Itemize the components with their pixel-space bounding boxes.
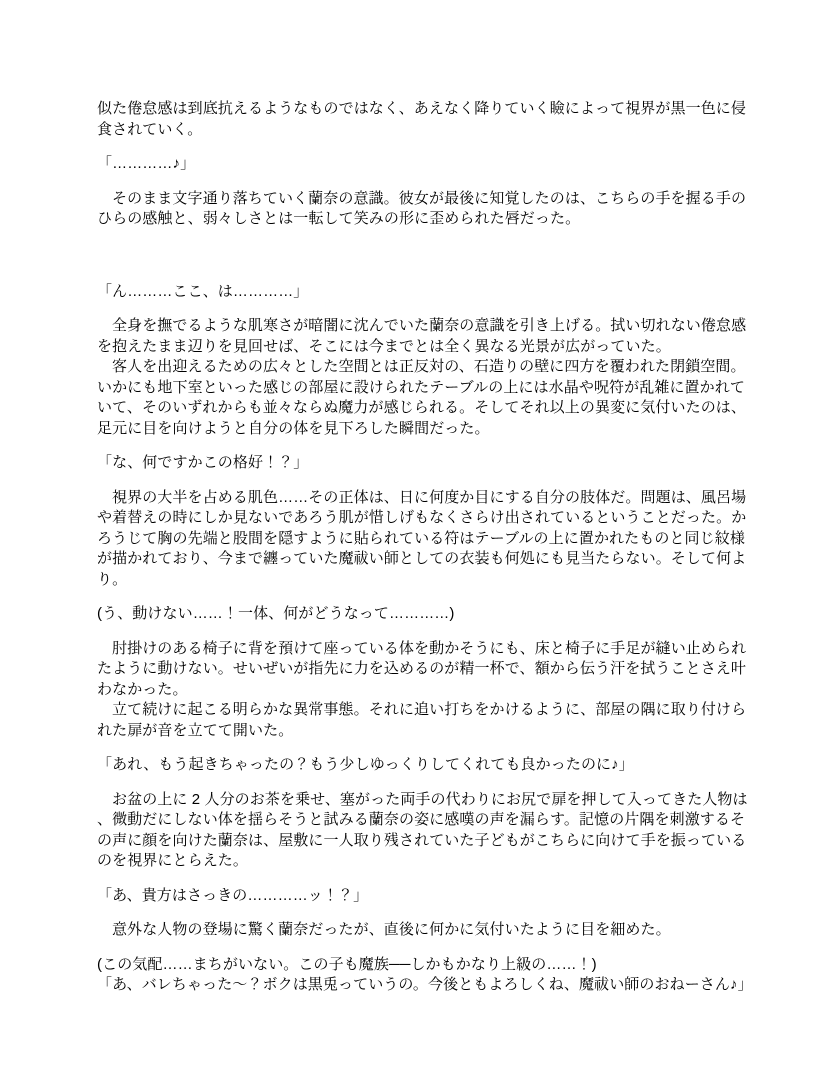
dialogue-line: 「ん………ここ、は…………」 bbox=[97, 282, 751, 303]
paragraph-spacer bbox=[97, 625, 751, 639]
paragraph-line: 似た倦怠感は到底抗えるようなものではなく、あえなく降りていく瞼によって視界が黒一… bbox=[97, 99, 751, 140]
paragraph-spacer bbox=[97, 590, 751, 604]
paragraph-spacer bbox=[97, 872, 751, 886]
paragraph-line: お盆の上に 2 人分のお茶を乗せ、塞がった両手の代わりにお尻で扉を押して入ってき… bbox=[97, 790, 751, 872]
paragraph-line: 客人を出迎えるための広々とした空間とは正反対の、石造りの壁に四方を覆われた閉鎖空… bbox=[97, 357, 751, 439]
paragraph-spacer bbox=[97, 439, 751, 453]
paragraph-line: そのまま文字通り落ちていく蘭奈の意識。彼女が最後に知覚したのは、こちらの手を握る… bbox=[97, 189, 751, 230]
paragraph-spacer bbox=[97, 906, 751, 920]
paragraph-line: 肘掛けのある椅子に背を預けて座っている体を動かそうにも、床と椅子に手足が縫い止め… bbox=[97, 639, 751, 701]
paragraph-line: 全身を撫でるような肌寒さが暗闇に沈んでいた蘭奈の意識を引き上げる。拭い切れない倦… bbox=[97, 316, 751, 357]
thought-line: (う、動けない……！一体、何がどうなって…………) bbox=[97, 604, 751, 625]
paragraph-spacer bbox=[97, 741, 751, 755]
paragraph-spacer bbox=[97, 776, 751, 790]
paragraph-spacer bbox=[97, 230, 751, 282]
thought-line: (この気配……まちがいない。この子も魔族──しかもかなり上級の……！) bbox=[97, 955, 751, 976]
paragraph-spacer bbox=[97, 140, 751, 154]
paragraph-spacer bbox=[97, 302, 751, 316]
paragraph-line: 立て続けに起こる明らかな異常事態。それに追い打ちをかけるように、部屋の隅に取り付… bbox=[97, 700, 751, 741]
paragraph-spacer bbox=[97, 941, 751, 955]
dialogue-line: 「あれ、もう起きちゃったの？もう少しゆっくりしてくれても良かったのに♪」 bbox=[97, 755, 751, 776]
dialogue-line: 「な、何ですかこの格好！？」 bbox=[97, 453, 751, 474]
dialogue-line: 「あ、貴方はさっきの…………ッ！？」 bbox=[97, 886, 751, 907]
novel-page-text: 似た倦怠感は到底抗えるようなものではなく、あえなく降りていく瞼によって視界が黒一… bbox=[97, 99, 751, 996]
paragraph-line: 視界の大半を占める肌色……その正体は、日に何度か目にする自分の肢体だ。問題は、風… bbox=[97, 488, 751, 591]
dialogue-line: 「…………♪」 bbox=[97, 154, 751, 175]
paragraph-spacer bbox=[97, 175, 751, 189]
paragraph-line: 意外な人物の登場に驚く蘭奈だったが、直後に何かに気付いたように目を細めた。 bbox=[97, 920, 751, 941]
paragraph-spacer bbox=[97, 474, 751, 488]
dialogue-line: 「あ、バレちゃった～？ボクは黒兎っていうの。今後ともよろしくね、魔祓い師のおねー… bbox=[97, 975, 751, 996]
